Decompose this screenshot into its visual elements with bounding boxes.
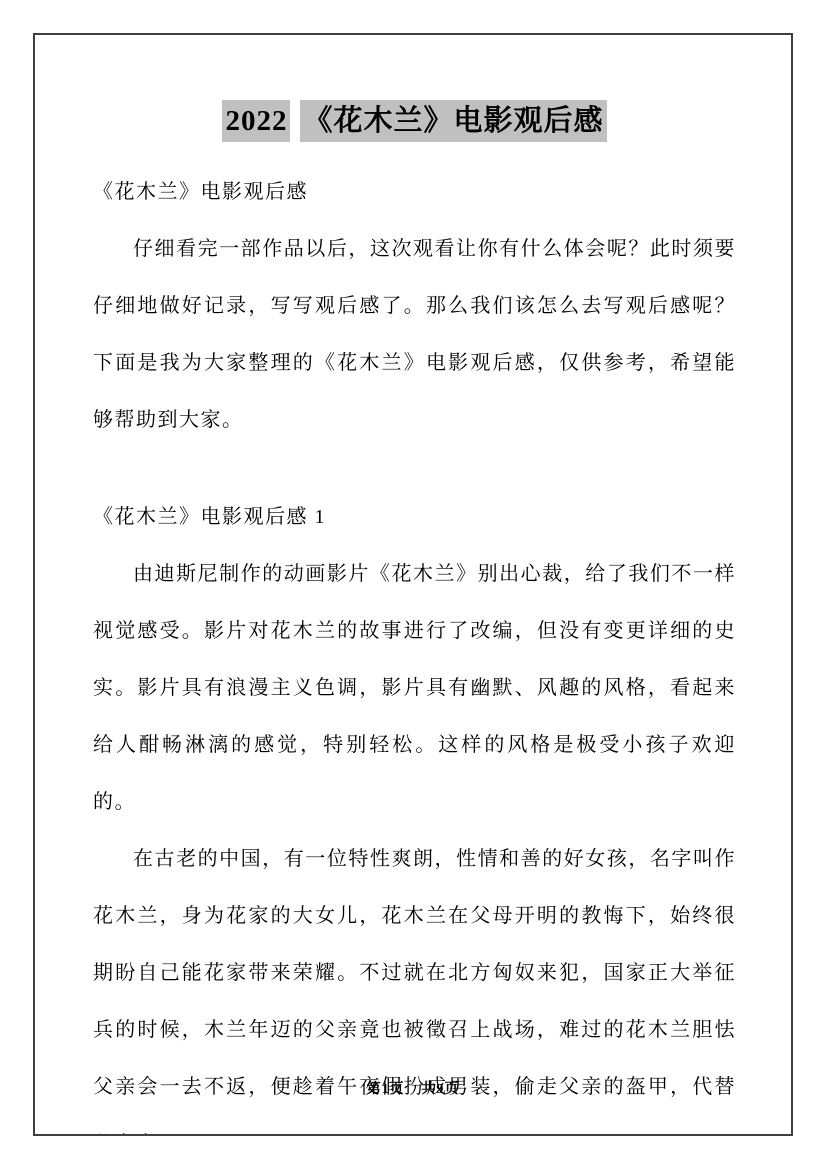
document-page: 2022《花木兰》电影观后感 《花木兰》电影观后感仔细看完一部作品以后，这次观看… [33, 33, 793, 1136]
paragraph: 由迪斯尼制作的动画影片《花木兰》别出心裁，给了我们不一样视觉感受。影片对花木兰的… [93, 546, 736, 831]
title-text-highlight: 《花木兰》电影观后感 [300, 100, 606, 142]
title-year-highlight: 2022 [222, 100, 290, 142]
footer-total-pages: 共9页 [421, 1082, 459, 1097]
paragraph: 仔细看完一部作品以后，这次观看让你有什么体会呢？此时须要仔细地做好记录，写写观后… [93, 221, 736, 449]
document-content: 2022《花木兰》电影观后感 《花木兰》电影观后感仔细看完一部作品以后，这次观看… [35, 35, 791, 1136]
footer-page-number: 第1页 [367, 1082, 405, 1097]
page-footer: 第1页共9页 [35, 1078, 791, 1098]
paragraph: 《花木兰》电影观后感 [93, 164, 736, 221]
document-title: 2022《花木兰》电影观后感 [93, 99, 736, 143]
section-heading: 《花木兰》电影观后感 1 [93, 489, 736, 546]
paragraph-list: 《花木兰》电影观后感仔细看完一部作品以后，这次观看让你有什么体会呢？此时须要仔细… [93, 164, 736, 1136]
